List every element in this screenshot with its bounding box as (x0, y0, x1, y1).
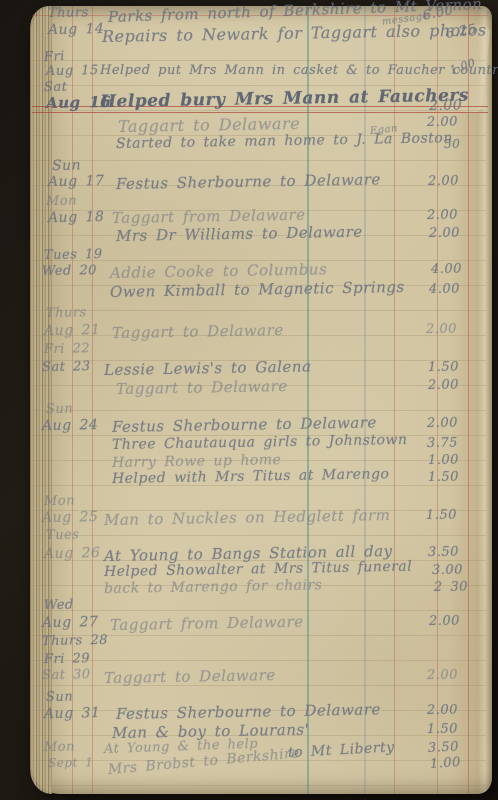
date-label: Sept 1 (48, 755, 94, 770)
entry-text: Helped with Mrs Titus at Marengo (112, 466, 390, 487)
amount-value: 1.50 (427, 721, 458, 737)
entry-text: Helped put Mrs Mann in casket & to Fauch… (100, 63, 498, 78)
date-label: Sun (46, 402, 73, 417)
date-label: Aug 24 (42, 417, 99, 434)
date-label: Aug 17 (48, 173, 105, 190)
amount-value: 2.00 (428, 173, 459, 189)
entry-text: Taggart from Delaware (110, 613, 304, 634)
amount-value: 2.00 (427, 702, 458, 718)
date-label: Mon (44, 739, 75, 755)
amount-value: 2.00 (427, 667, 458, 683)
entry-text: Festus Sherbourne to Delaware (116, 700, 381, 723)
date-label: Fri 22 (44, 341, 90, 357)
amount-value: 2.00 (429, 613, 460, 629)
date-label: Aug 15 (46, 63, 99, 79)
amount-value: 1.00 (429, 755, 461, 772)
date-label: Aug 21 (44, 322, 101, 339)
date-label: Sat 30 (42, 667, 91, 683)
ledger-page: ThursAug 14FriAug 15SatAug 16SunAug 17Mo… (30, 6, 492, 794)
date-label: Sat 23 (42, 359, 91, 375)
amount-value: 2.00 (429, 225, 460, 241)
amount-value: 3.00 (432, 562, 463, 578)
amount-value: 3.50 (428, 544, 459, 560)
amount-value: 4.00 (431, 261, 462, 277)
date-label: Thurs (46, 305, 87, 321)
date-label: Wed 20 (42, 263, 97, 279)
date-label: Thurs (48, 5, 89, 21)
entry-text: Taggart to Delaware (116, 377, 288, 398)
date-label: Tues 19 (44, 247, 103, 263)
entry-text: Owen Kimball to Magnetic Springs (110, 278, 405, 301)
entry-text: Helped bury Mrs Mann at Fauchers (100, 86, 469, 112)
entry-text: Man to Nuckles on Hedglett farm (104, 506, 391, 529)
amount-value: 1.50 (428, 469, 459, 485)
date-label: Fri 29 (44, 651, 90, 667)
amount-value: 2.00 (427, 207, 458, 223)
date-label: Fri (44, 49, 66, 65)
date-label: Aug 25 (42, 509, 99, 526)
column-rule-red-3 (468, 6, 469, 794)
amount-value: 2.00 (427, 415, 458, 431)
amount-value: 1.00 (428, 452, 459, 468)
date-label: Aug 18 (48, 209, 105, 226)
date-label: Tues (46, 527, 80, 543)
column-rule-blue (364, 6, 366, 794)
date-label: Thurs 28 (42, 633, 108, 649)
entry-text: Lessie Lewis's to Galena (104, 357, 312, 379)
entry-text: Mrs Dr Williams to Delaware (116, 223, 363, 245)
entry-text: Taggart to Delaware (112, 321, 284, 342)
date-label: Mon (46, 193, 77, 209)
entry-text: to Mt Liberty (288, 739, 395, 761)
date-label: Wed (44, 597, 74, 613)
column-rule-center-teal (307, 6, 309, 794)
entry-text: back to Marengo for chairs (104, 577, 323, 597)
date-label: Aug 26 (44, 545, 101, 562)
amount-value: 2.00 (426, 321, 457, 337)
date-label: Sun (52, 157, 81, 174)
amount-value: 2.00 (428, 377, 459, 393)
entry-text: Addie Cooke to Columbus (110, 260, 328, 282)
amount-value: 2 30 (434, 579, 468, 595)
date-label: Aug 27 (42, 614, 99, 631)
amount-value: 2.00 (429, 97, 462, 114)
entry-text: Festus Sherbourne to Delaware (116, 170, 381, 193)
amount-value: 2.00 (427, 114, 458, 130)
amount-value: 4.00 (429, 281, 460, 297)
column-rule-date (92, 6, 93, 794)
entry-text: Taggart to Delaware (104, 666, 276, 687)
amount-value: 1.50 (428, 359, 459, 375)
amount-value: 3.50 (428, 739, 460, 756)
date-label: Aug 14 (48, 21, 105, 38)
date-label: Aug 31 (44, 705, 101, 722)
amount-value: 3.75 (427, 435, 458, 451)
date-label: Mon (44, 493, 75, 509)
amount-value: 50 (444, 137, 461, 151)
date-label: Sun (46, 690, 73, 705)
amount-value: 1.50 (426, 507, 457, 523)
